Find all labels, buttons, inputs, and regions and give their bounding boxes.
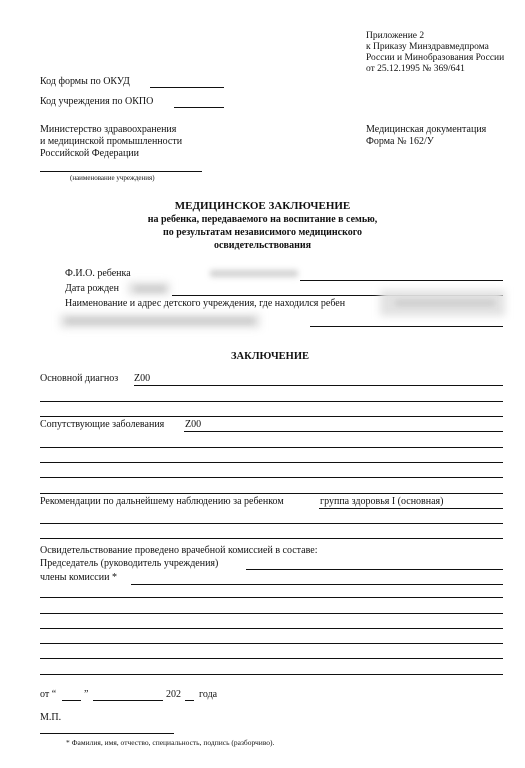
conclusion-heading: ЗАКЛЮЧЕНИЕ [0,350,525,363]
okud-label: Код формы по ОКУД [40,76,130,88]
okpo-label: Код учреждения по ОКПО [40,96,153,108]
members-line-5[interactable] [40,658,503,659]
document-subtitle-3: освидетельствования [0,239,525,252]
signature-field[interactable] [40,733,174,734]
comorbid-extra-line-4[interactable] [40,493,503,494]
comorbid-extra-line-1[interactable] [40,447,503,448]
members-line-4[interactable] [40,643,503,644]
ministry-line-1: Министерство здравоохранения [40,124,176,136]
recommendations-field[interactable] [319,508,503,509]
commission-intro: Освидетельствование проведено врачебной … [40,545,318,557]
appendix-line-2: к Приказу Минздравмедпрома [366,42,489,53]
members-line-2[interactable] [40,613,503,614]
main-diagnosis-label: Основной диагноз [40,373,118,385]
footnote: * Фамилия, имя, отчество, специальность,… [66,738,274,747]
institution-name-field[interactable] [40,171,202,172]
okpo-field[interactable] [174,107,224,108]
members-label: члены комиссии * [40,572,117,584]
chairman-label: Председатель (руководитель учреждения) [40,558,218,570]
form-number: Форма № 162/У [366,136,434,148]
members-field[interactable] [131,584,503,585]
comorbid-field[interactable] [184,431,503,432]
recommendations-label: Рекомендации по дальнейшему наблюдению з… [40,496,284,508]
recommendations-extra-line-1[interactable] [40,523,503,524]
members-line-6[interactable] [40,674,503,675]
year-prefix: 202 [166,689,181,701]
document-subtitle-2: по результатам независимого медицинского [0,226,525,239]
child-name-label: Ф.И.О. ребенка [65,268,131,280]
members-line-3[interactable] [40,628,503,629]
form-info-line-1: Медицинская документация [366,124,486,136]
recommendations-value[interactable]: группа здоровья I (основная) [320,496,444,508]
year-suffix: года [199,689,217,701]
comorbid-label: Сопутствующие заболевания [40,419,164,431]
institution-address-value-redacted [66,318,254,324]
birth-date-value-redacted [135,286,165,292]
birth-date-label: Дата рожден [65,283,119,295]
ministry-line-2: и медицинской промышленности [40,136,182,148]
institution-value-redacted [395,300,495,306]
main-diagnosis-value[interactable]: Z00 [134,373,150,385]
date-day-field[interactable] [62,700,81,701]
date-year-field[interactable] [185,700,194,701]
document-title: МЕДИЦИНСКОЕ ЗАКЛЮЧЕНИЕ [0,200,525,213]
chairman-field[interactable] [246,569,503,570]
ministry-line-3: Российской Федерации [40,148,139,160]
members-line-1[interactable] [40,597,503,598]
main-diagnosis-extra-line-2[interactable] [40,416,503,417]
child-name-value-redacted [210,270,298,277]
date-quote-close: ” [84,689,88,701]
recommendations-extra-line-2[interactable] [40,538,503,539]
institution-address-field[interactable] [310,326,503,327]
institution-address-label: Наименование и адрес детского учреждения… [65,298,345,310]
main-diagnosis-field[interactable] [134,385,503,386]
appendix-line-1: Приложение 2 [366,31,424,42]
comorbid-value[interactable]: Z00 [185,419,201,431]
appendix-line-3: России и Минобразования России [366,53,504,64]
main-diagnosis-extra-line-1[interactable] [40,401,503,402]
child-name-field[interactable] [300,280,503,281]
comorbid-extra-line-2[interactable] [40,462,503,463]
document-subtitle-1: на ребенка, передаваемого на воспитание … [0,213,525,226]
stamp-label: М.П. [40,712,61,724]
institution-caption: (наименование учреждения) [70,174,155,183]
comorbid-extra-line-3[interactable] [40,477,503,478]
date-month-field[interactable] [93,700,163,701]
okud-field[interactable] [150,87,224,88]
appendix-line-4: от 25.12.1995 № 369/641 [366,64,465,75]
date-prefix: от “ [40,689,56,701]
